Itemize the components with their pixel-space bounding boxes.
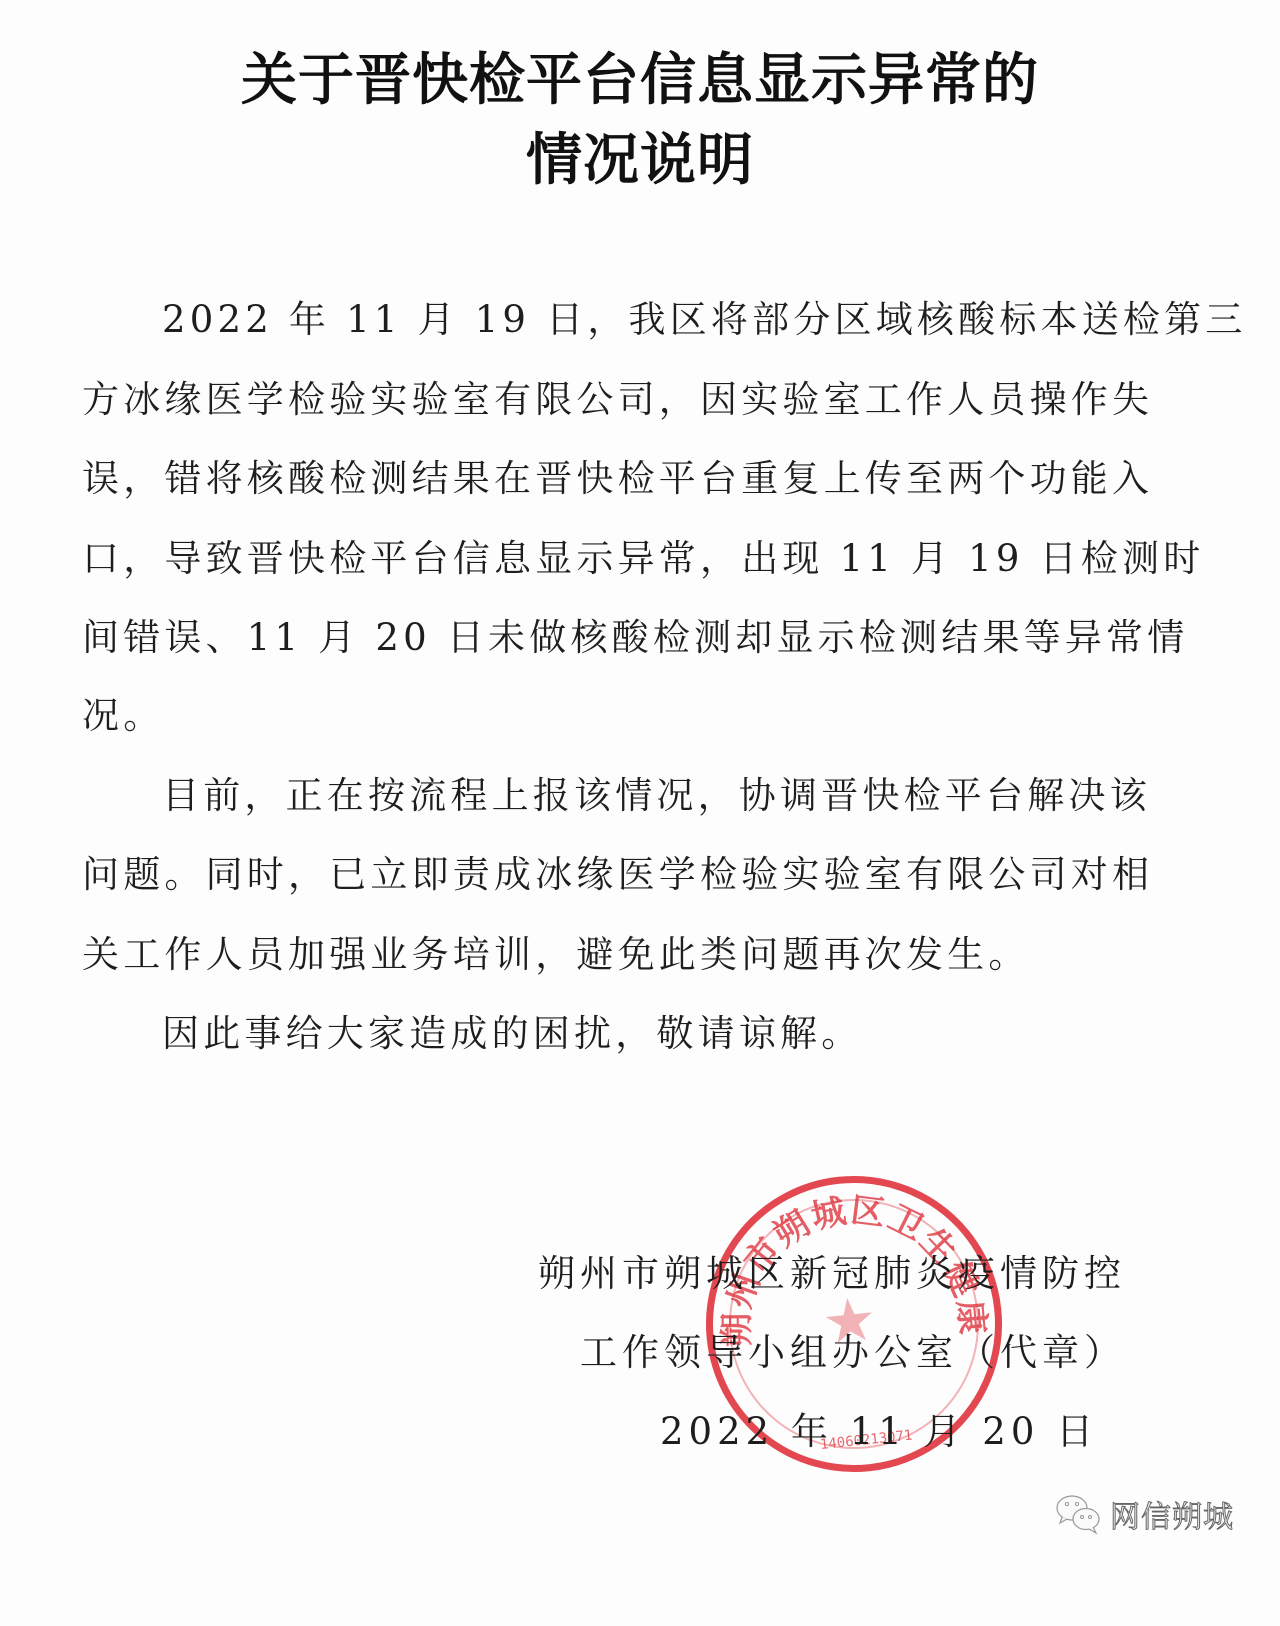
- paragraph-3-line-1: 因此事给大家造成的困扰，敬请谅解。: [162, 1012, 1162, 1056]
- wechat-icon: [1054, 1492, 1104, 1536]
- watermark-text: 网信朔城: [1110, 1492, 1234, 1536]
- document-page: 关于晋快检平台信息显示异常的 情况说明 2022 年 11 月 19 日，我区将…: [0, 0, 1280, 1626]
- paragraph-1-line-2: 方冰缘医学检验实验室有限公司，因实验室工作人员操作失: [82, 378, 1162, 422]
- signature-org-line1: 朔州市朔城区新冠肺炎疫情防控: [538, 1252, 1126, 1296]
- paragraph-2-line-2: 问题。同时，已立即责成冰缘医学检验实验室有限公司对相: [82, 853, 1162, 897]
- paragraph-1-line-3: 误，错将核酸检测结果在晋快检平台重复上传至两个功能入: [82, 457, 1162, 501]
- paragraph-1-line-5: 间错误、11 月 20 日未做核酸检测却显示检测结果等异常情: [82, 616, 1162, 660]
- paragraph-2-line-3: 关工作人员加强业务培训，避免此类问题再次发生。: [82, 933, 1162, 977]
- paragraph-1-line-4: 口，导致晋快检平台信息显示异常，出现 11 月 19 日检测时: [82, 537, 1162, 581]
- document-title-line2: 情况说明: [0, 128, 1280, 192]
- wechat-watermark: 网信朔城: [1054, 1492, 1234, 1536]
- signature-date: 2022 年 11 月 20 日: [660, 1410, 1098, 1454]
- signature-org-line2: 工作领导小组办公室（代章）: [580, 1331, 1126, 1375]
- document-title-line1: 关于晋快检平台信息显示异常的: [0, 48, 1280, 112]
- paragraph-2-line-1: 目前，正在按流程上报该情况，协调晋快检平台解决该: [162, 774, 1162, 818]
- paragraph-1-line-6: 况。: [82, 694, 1162, 738]
- paragraph-1-line-1: 2022 年 11 月 19 日，我区将部分区域核酸标本送检第三: [162, 298, 1162, 342]
